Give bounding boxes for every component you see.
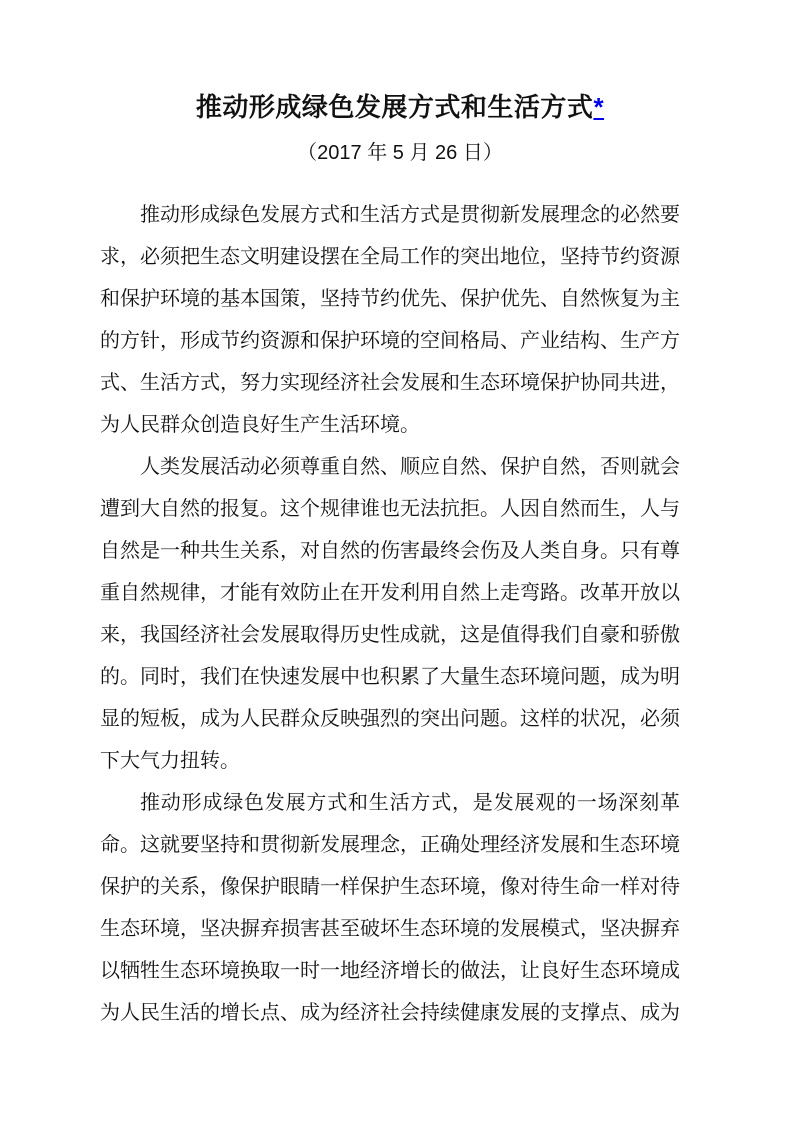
document-page: 推动形成绿色发展方式和生活方式* （2017 年 5 月 26 日） 推动形成绿… xyxy=(0,0,800,1130)
document-title: 推动形成绿色发展方式和生活方式* xyxy=(0,0,800,126)
title-text: 推动形成绿色发展方式和生活方式 xyxy=(196,92,594,122)
paragraph: 推动形成绿色发展方式和生活方式是贯彻新发展理念的必然要求，必须把生态文明建设摆在… xyxy=(100,194,680,446)
document-body: 推动形成绿色发展方式和生活方式是贯彻新发展理念的必然要求，必须把生态文明建设摆在… xyxy=(100,194,680,1034)
paragraph: 人类发展活动必须尊重自然、顺应自然、保护自然，否则就会遭到大自然的报复。这个规律… xyxy=(100,446,680,782)
paragraph: 推动形成绿色发展方式和生活方式，是发展观的一场深刻革命。这就要坚持和贯彻新发展理… xyxy=(100,782,680,1034)
footnote-asterisk-link[interactable]: * xyxy=(593,92,604,122)
document-date: （2017 年 5 月 26 日） xyxy=(0,140,800,166)
